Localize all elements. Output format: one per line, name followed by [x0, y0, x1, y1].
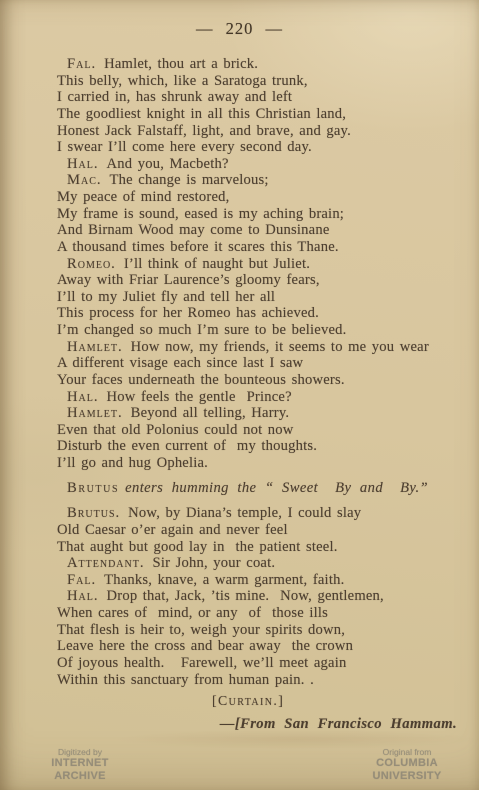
speaker-name: Fal.	[67, 56, 96, 72]
columbia-university-name: COLUMBIA UNIVERSITY	[342, 757, 472, 783]
line-text: The goodliest knight in all this Christi…	[57, 106, 346, 122]
dialogue-line: A different visage each since last I saw	[57, 355, 459, 372]
line-text: My peace of mind restored,	[57, 189, 229, 205]
line-text: Of joyous health. Farewell, we’ll meet a…	[57, 655, 346, 671]
attribution-line: —[From San Francisco Hammam.	[57, 716, 459, 733]
line-text: —[From San Francisco Hammam.	[220, 716, 457, 732]
line-text: How feels the gentle Prince?	[107, 389, 292, 405]
line-text: That flesh is heir to, weigh your spirit…	[57, 622, 345, 638]
speaker-name: Hal.	[67, 389, 99, 405]
line-text: I’ll go and hug Ophelia.	[57, 455, 208, 471]
dialogue-line: I’m changed so much I’m sure to be belie…	[57, 322, 459, 339]
dialogue-line: Disturb the even current of my thoughts.	[57, 438, 459, 455]
line-text: Drop that, Jack, ’tis mine. Now, gentlem…	[107, 588, 384, 604]
speaker-name: Romeo.	[67, 256, 116, 272]
dialogue-line: Fal.Hamlet, thou art a brick.	[57, 56, 459, 73]
line-text: Beyond all telling, Harry.	[131, 405, 290, 421]
line-text: How now, my friends, it seems to me you …	[131, 339, 429, 355]
dialogue-line: Romeo.I’ll think of naught but Juliet.	[57, 256, 459, 273]
dialogue-line: Hamlet.Beyond all telling, Harry.	[57, 405, 459, 422]
speaker-name: Fal.	[67, 572, 96, 588]
line-text: I swear I’ll come here every second day.	[57, 139, 312, 155]
dialogue-line: This belly, which, like a Saratoga trunk…	[57, 73, 459, 90]
dialogue-line: Away with Friar Laurence’s gloomy fears,	[57, 272, 459, 289]
dialogue-line: And Birnam Wood may come to Dunsinane	[57, 222, 459, 239]
line-text: Thanks, knave, a warm garment, faith.	[104, 572, 344, 588]
line-text: And you, Macbeth?	[107, 156, 229, 172]
line-text: I’ll to my Juliet fly and tell her all	[57, 289, 275, 305]
dialogue-line: Within this sanctuary from human pain. .	[57, 672, 459, 689]
dialogue-line: I’ll go and hug Ophelia.	[57, 455, 459, 472]
dialogue-line: This process for her Romeo has achieved.	[57, 305, 459, 322]
original-from-label: Original from	[342, 747, 472, 757]
speaker-name: Mac.	[67, 172, 102, 188]
line-text: The change is marvelous;	[110, 172, 269, 188]
dialogue-line: Even that old Polonius could not now	[57, 422, 459, 439]
line-text: I carried in, has shrunk away and left	[57, 89, 292, 105]
dialogue-line: When cares of mind, or any of those ills	[57, 605, 459, 622]
line-text: Sir John, your coat.	[153, 555, 276, 571]
line-text: Hamlet, thou art a brick.	[104, 56, 258, 72]
stage-line: Brutusenters humming the “ Sweet By and …	[57, 480, 459, 497]
dialogue-line: Hal.Drop that, Jack, ’tis mine. Now, gen…	[57, 588, 459, 605]
dialogue-line: Leave here the cross and bear away the c…	[57, 638, 459, 655]
page-number: — 220 —	[0, 19, 479, 39]
line-text: And Birnam Wood may come to Dunsinane	[57, 222, 330, 238]
speaker-name: Hal.	[67, 156, 99, 172]
dialogue-line: That flesh is heir to, weigh your spirit…	[57, 622, 459, 639]
dialogue-line: Mac.The change is marvelous;	[57, 172, 459, 189]
dialogue-line: Attendant.Sir John, your coat.	[57, 555, 459, 572]
dialogue-line: I carried in, has shrunk away and left	[57, 89, 459, 106]
line-text: enters humming the “ Sweet By and By.”	[125, 480, 428, 496]
line-text: Even that old Polonius could not now	[57, 422, 294, 438]
internet-archive-name: INTERNET ARCHIVE	[26, 757, 134, 783]
play-text-block: Fal.Hamlet, thou art a brick.This belly,…	[57, 56, 459, 732]
dialogue-line: The goodliest knight in all this Christi…	[57, 106, 459, 123]
line-text: My frame is sound, eased is my aching br…	[57, 206, 344, 222]
line-text: A thousand times before it scares this T…	[57, 239, 339, 255]
speaker-name: Hamlet.	[67, 339, 123, 355]
line-text: Leave here the cross and bear away the c…	[57, 638, 353, 654]
dialogue-line: I swear I’ll come here every second day.	[57, 139, 459, 156]
line-text: Disturb the even current of my thoughts.	[57, 438, 317, 454]
digitized-by-watermark: Digitized by INTERNET ARCHIVE	[26, 747, 134, 783]
line-text: That aught but good lay in the patient s…	[57, 539, 338, 555]
line-text: I’ll think of naught but Juliet.	[124, 256, 310, 272]
scanned-book-page: — 220 — Fal.Hamlet, thou art a brick.Thi…	[0, 0, 479, 790]
dialogue-line: Brutus.Now, by Diana’s temple, I could s…	[57, 505, 459, 522]
dialogue-line: Honest Jack Falstaff, light, and brave, …	[57, 123, 459, 140]
dialogue-line: Hal.And you, Macbeth?	[57, 156, 459, 173]
dialogue-line: My frame is sound, eased is my aching br…	[57, 206, 459, 223]
line-text: This belly, which, like a Saratoga trunk…	[57, 73, 308, 89]
line-text: When cares of mind, or any of those ills	[57, 605, 328, 621]
speaker-name: Hamlet.	[67, 405, 123, 421]
line-text: [Curtain.]	[212, 693, 284, 708]
original-from-watermark: Original from COLUMBIA UNIVERSITY	[342, 747, 472, 783]
line-text: Within this sanctuary from human pain. .	[57, 672, 314, 688]
dialogue-line: That aught but good lay in the patient s…	[57, 539, 459, 556]
line-text: Honest Jack Falstaff, light, and brave, …	[57, 123, 351, 139]
speaker-name: Hal.	[67, 588, 99, 604]
line-text: A different visage each since last I saw	[57, 355, 303, 371]
dialogue-line: Of joyous health. Farewell, we’ll meet a…	[57, 655, 459, 672]
dialogue-line: My peace of mind restored,	[57, 189, 459, 206]
dialogue-line: Hal.How feels the gentle Prince?	[57, 389, 459, 406]
dialogue-line: A thousand times before it scares this T…	[57, 239, 459, 256]
dialogue-line: I’ll to my Juliet fly and tell her all	[57, 289, 459, 306]
line-text: Old Caesar o’er again and never feel	[57, 522, 288, 538]
line-text: I’m changed so much I’m sure to be belie…	[57, 322, 346, 338]
curtain-line: [Curtain.]	[212, 693, 459, 710]
speaker-name: Brutus.	[67, 505, 120, 521]
dialogue-line: Hamlet.How now, my friends, it seems to …	[57, 339, 459, 356]
line-text: Now, by Diana’s temple, I could slay	[128, 505, 361, 521]
speaker-name: Attendant.	[67, 555, 145, 571]
digitized-by-label: Digitized by	[26, 747, 134, 757]
speaker-name: Brutus	[67, 480, 119, 496]
dialogue-line: Fal.Thanks, knave, a warm garment, faith…	[57, 572, 459, 589]
dialogue-line: Old Caesar o’er again and never feel	[57, 522, 459, 539]
line-text: Away with Friar Laurence’s gloomy fears,	[57, 272, 320, 288]
dialogue-line: Your faces underneath the bounteous show…	[57, 372, 459, 389]
line-text: This process for her Romeo has achieved.	[57, 305, 319, 321]
line-text: Your faces underneath the bounteous show…	[57, 372, 345, 388]
